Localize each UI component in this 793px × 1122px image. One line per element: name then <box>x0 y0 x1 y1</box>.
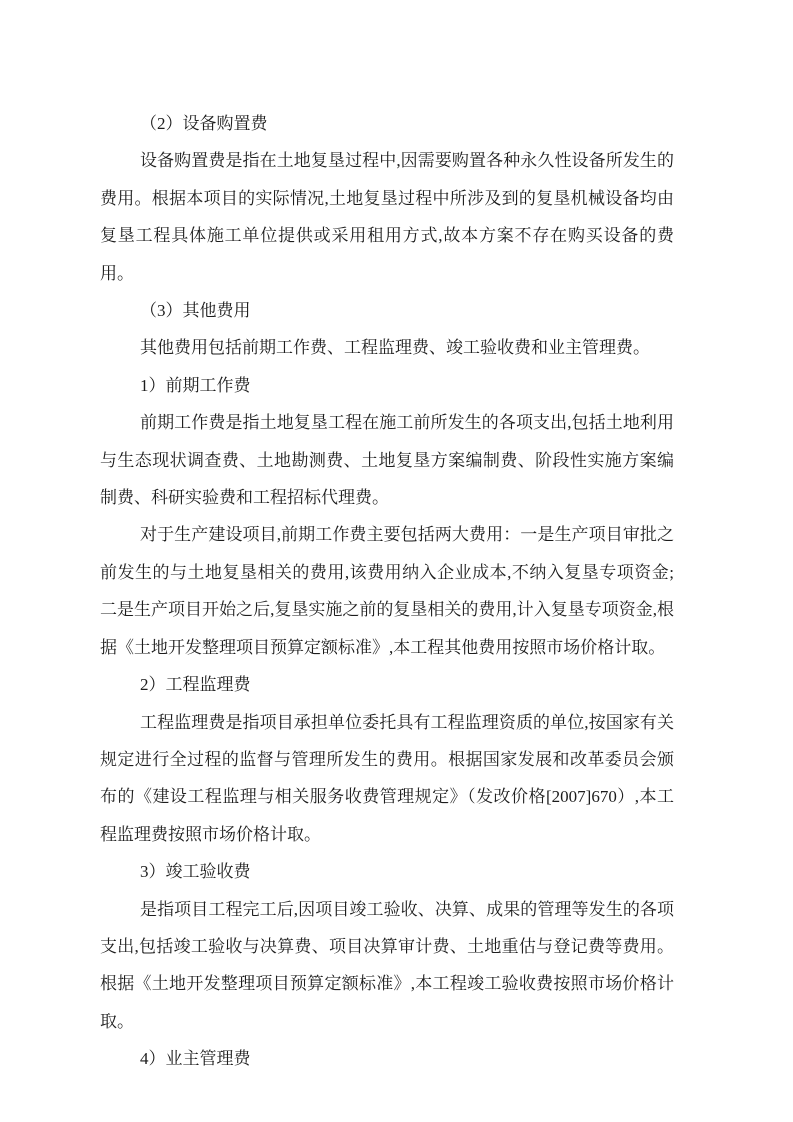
document-page: （2）设备购置费设备购置费是指在土地复垦过程中,因需要购置各种永久性设备所发生的… <box>0 0 793 1122</box>
paragraph-heading: 3）竣工验收费 <box>100 853 674 890</box>
paragraph-heading: 4）业主管理费 <box>100 1040 674 1077</box>
paragraph-body: 前期工作费是指土地复垦工程在施工前所发生的各项支出,包括土地利用与生态现状调查费… <box>100 404 674 516</box>
paragraph-heading: 1）前期工作费 <box>100 367 674 404</box>
paragraph-body: 对于生产建设项目,前期工作费主要包括两大费用：一是生产项目审批之前发生的与土地复… <box>100 516 674 666</box>
paragraph-body: 工程监理费是指项目承担单位委托具有工程监理资质的单位,按国家有关规定进行全过程的… <box>100 704 674 854</box>
paragraph-body: 其他费用包括前期工作费、工程监理费、竣工验收费和业主管理费。 <box>100 329 674 366</box>
paragraph-body: 设备购置费是指在土地复垦过程中,因需要购置各种永久性设备所发生的费用。根据本项目… <box>100 142 674 292</box>
paragraph-body: 是指项目工程完工后,因项目竣工验收、决算、成果的管理等发生的各项支出,包括竣工验… <box>100 891 674 1041</box>
paragraph-heading: 2）工程监理费 <box>100 666 674 703</box>
paragraph-heading: （3）其他费用 <box>100 292 674 329</box>
paragraph-heading: （2）设备购置费 <box>100 105 674 142</box>
document-body: （2）设备购置费设备购置费是指在土地复垦过程中,因需要购置各种永久性设备所发生的… <box>100 105 674 1078</box>
